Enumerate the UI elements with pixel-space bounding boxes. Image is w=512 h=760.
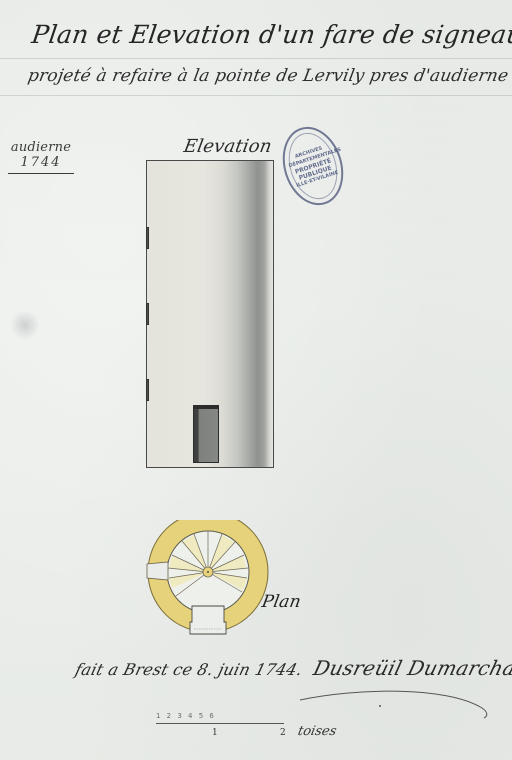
window-slit — [146, 303, 149, 325]
note-underline — [8, 173, 74, 174]
signature-block: fait a Brest ce 8. juin 1744. Dusreüil D… — [73, 656, 512, 680]
paper-rule-line — [0, 95, 512, 96]
archive-stamp: ARCHIVES DÉPARTEMENTALES PROPRIÉTÉ PUBLI… — [273, 119, 353, 213]
elevation-label: Elevation — [182, 136, 273, 157]
paper-rule-line — [0, 58, 512, 59]
paper-stain — [10, 310, 40, 340]
signature-place-date: fait a Brest ce 8. juin 1744. — [73, 660, 304, 679]
window-slit — [146, 379, 149, 401]
place-date-note: audierne 1744 — [8, 140, 74, 170]
tower-elevation-drawing — [146, 160, 274, 468]
note-year: 1744 — [8, 155, 74, 170]
wall-door-opening — [190, 606, 226, 634]
stamp-inner-ring — [281, 127, 346, 206]
document-subtitle: projeté à refaire à la pointe de Lervily… — [26, 66, 510, 86]
scale-unit: toises — [296, 724, 337, 739]
scale-subdivisions: 1 2 3 4 5 6 — [156, 712, 216, 720]
window-slit — [146, 227, 149, 249]
newel-center — [207, 571, 209, 573]
document-title: Plan et Elevation d'un fare de signeaux — [30, 20, 512, 49]
tower-door — [193, 405, 219, 463]
wall-window-opening — [147, 562, 168, 580]
signature-name: Dusreüil Dumarchais — [311, 656, 512, 680]
tower-plan-drawing — [146, 520, 270, 636]
plan-svg — [146, 520, 270, 636]
scale-mark-2: 2 — [280, 728, 286, 738]
plan-label: Plan — [260, 592, 302, 612]
manuscript-sheet: Plan et Elevation d'un fare de signeaux … — [0, 0, 512, 760]
scale-mark-1: 1 — [212, 728, 218, 738]
scale-line — [156, 723, 284, 724]
scale-bar: 1 2 3 4 5 6 1 2 toises — [150, 712, 350, 752]
place-name: audierne — [11, 140, 71, 155]
